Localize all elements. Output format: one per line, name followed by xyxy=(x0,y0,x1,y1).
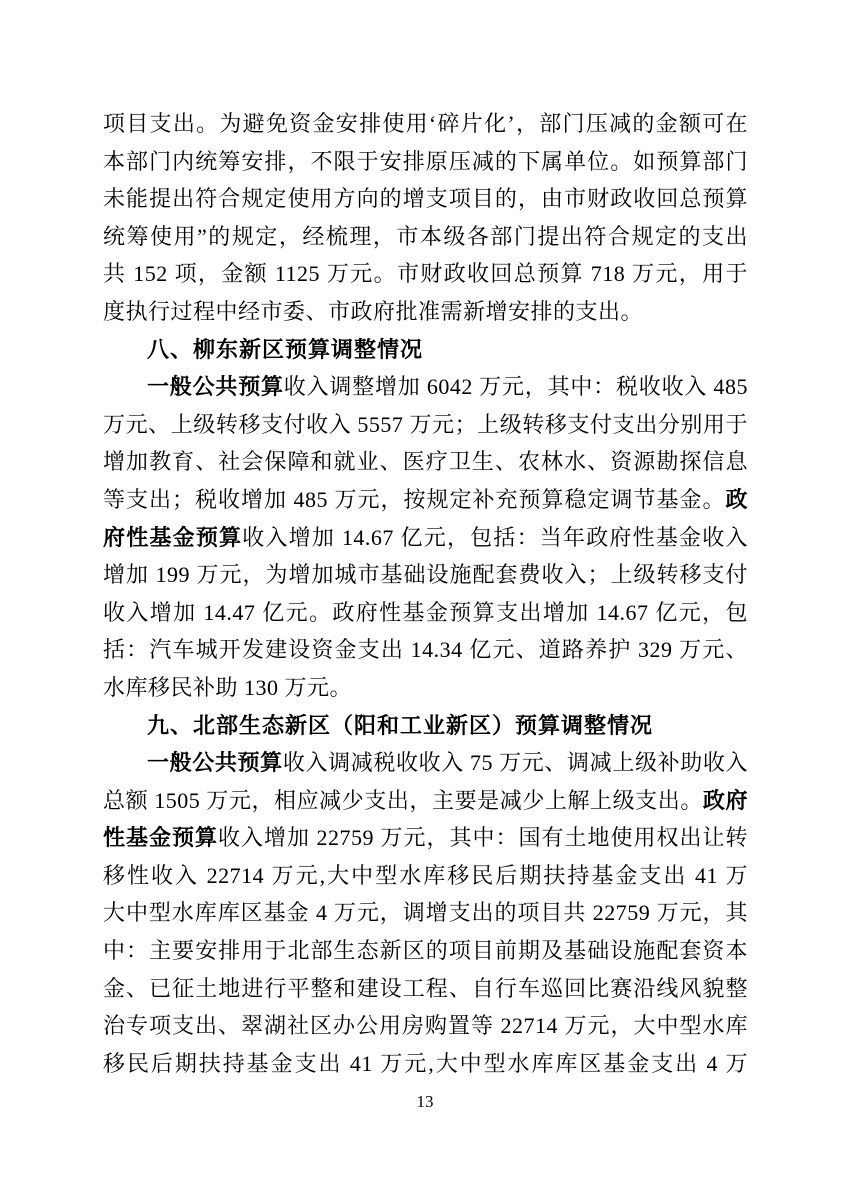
emphasized-text: 八、柳东新区预算调整情况 xyxy=(147,337,423,362)
body-text-line: 收入增加 14.47 亿元。政府性基金预算支出增加 14.67 亿元，包 xyxy=(103,594,748,632)
body-text-line: 移民后期扶持基金支出 41 万元,大中型水库库区基金支出 4 万元。 xyxy=(103,1045,748,1083)
emphasized-text: 九、北部生态新区（阳和工业新区）预算调整情况 xyxy=(147,713,653,738)
body-text: 移性收入 22714 万元,大中型水库移民后期扶持基金支出 41 万元， xyxy=(103,863,748,895)
body-text: 统筹使用”的规定，经梳理，市本级各部门提出符合规定的支出 xyxy=(103,224,748,249)
emphasized-text: 一般公共预算 xyxy=(147,750,283,775)
body-text: 度执行过程中经市委、市政府批准需新增安排的支出。 xyxy=(103,299,643,324)
body-text: 治专项支出、翠湖社区办公用房购置等 22714 万元，大中型水库 xyxy=(103,1013,748,1038)
document-body: 项目支出。为避免资金安排使用‘碎片化’，部门压减的金额可在本部门内统筹安排，不限… xyxy=(103,105,748,1082)
body-text: 增加 199 万元，为增加城市基础设施配套费收入；上级转移支付 xyxy=(103,562,748,587)
body-text-line: 增加教育、社会保障和就业、医疗卫生、农林水、资源勘探信息 xyxy=(103,443,748,481)
body-text-line: 共 152 项，金额 1125 万元。市财政收回总预算 718 万元，用于年 xyxy=(103,255,748,293)
body-text: 收入调整增加 6042 万元，其中：税收收入 485 xyxy=(284,374,748,399)
body-text-line: 金、已征土地进行平整和建设工程、自行车巡回比赛沿线风貌整 xyxy=(103,970,748,1008)
body-text: 收入增加 14.67 亿元，包括：当年政府性基金收入 xyxy=(242,525,748,550)
body-text-line: 度执行过程中经市委、市政府批准需新增安排的支出。 xyxy=(103,293,748,331)
body-text-line: 大中型水库库区基金 4 万元，调增支出的项目共 22759 万元，其 xyxy=(103,894,748,932)
body-text: 移民后期扶持基金支出 41 万元,大中型水库库区基金支出 4 万元。 xyxy=(103,1051,748,1083)
body-text: 括：汽车城开发建设资金支出 14.34 亿元、道路养护 329 万元、 xyxy=(103,637,748,662)
body-text-line: 中：主要安排用于北部生态新区的项目前期及基础设施配套资本 xyxy=(103,932,748,970)
body-text-line: 一般公共预算收入调整增加 6042 万元，其中：税收收入 485 xyxy=(103,368,748,406)
body-text-line: 移性收入 22714 万元,大中型水库移民后期扶持基金支出 41 万元， xyxy=(103,857,748,895)
page-number: 13 xyxy=(0,1092,850,1112)
body-text-line: 万元、上级转移支付收入 5557 万元；上级转移支付支出分别用于 xyxy=(103,406,748,444)
body-text: 总额 1505 万元，相应减少支出，主要是减少上解上级支出。 xyxy=(103,788,703,813)
section-heading: 九、北部生态新区（阳和工业新区）预算调整情况 xyxy=(103,707,748,745)
body-text: 本部门内统筹安排，不限于安排原压减的下属单位。如预算部门 xyxy=(103,149,748,174)
body-text-line: 项目支出。为避免资金安排使用‘碎片化’，部门压减的金额可在 xyxy=(103,105,748,143)
body-text-line: 等支出；税收增加 485 万元，按规定补充预算稳定调节基金。政 xyxy=(103,481,748,519)
body-text-line: 总额 1505 万元，相应减少支出，主要是减少上解上级支出。政府 xyxy=(103,782,748,820)
body-text-line: 未能提出符合规定使用方向的增支项目的，由市财政收回总预算 xyxy=(103,180,748,218)
body-text: 项目支出。为避免资金安排使用‘碎片化’，部门压减的金额可在 xyxy=(103,111,748,136)
section-heading: 八、柳东新区预算调整情况 xyxy=(103,331,748,369)
body-text: 未能提出符合规定使用方向的增支项目的，由市财政收回总预算 xyxy=(103,186,748,211)
body-text-line: 治专项支出、翠湖社区办公用房购置等 22714 万元，大中型水库 xyxy=(103,1007,748,1045)
body-text: 金、已征土地进行平整和建设工程、自行车巡回比赛沿线风貌整 xyxy=(103,976,748,1001)
body-text: 共 152 项，金额 1125 万元。市财政收回总预算 718 万元，用于年 xyxy=(103,261,748,293)
body-text: 收入增加 14.47 亿元。政府性基金预算支出增加 14.67 亿元，包 xyxy=(103,600,748,625)
body-text-line: 水库移民补助 130 万元。 xyxy=(103,669,748,707)
body-text-line: 统筹使用”的规定，经梳理，市本级各部门提出符合规定的支出 xyxy=(103,218,748,256)
body-text: 中：主要安排用于北部生态新区的项目前期及基础设施配套资本 xyxy=(103,938,748,963)
emphasized-text: 府性基金预算 xyxy=(103,525,242,550)
body-text: 收入调减税收收入 75 万元、调减上级补助收入 xyxy=(283,750,748,775)
body-text: 水库移民补助 130 万元。 xyxy=(103,675,352,700)
body-text-line: 增加 199 万元，为增加城市基础设施配套费收入；上级转移支付 xyxy=(103,556,748,594)
body-text-line: 府性基金预算收入增加 14.67 亿元，包括：当年政府性基金收入 xyxy=(103,519,748,557)
emphasized-text: 政府 xyxy=(703,788,748,813)
body-text-line: 括：汽车城开发建设资金支出 14.34 亿元、道路养护 329 万元、 xyxy=(103,631,748,669)
body-text: 万元、上级转移支付收入 5557 万元；上级转移支付支出分别用于 xyxy=(103,412,748,437)
document-page: 项目支出。为避免资金安排使用‘碎片化’，部门压减的金额可在本部门内统筹安排，不限… xyxy=(0,0,850,1201)
body-text-line: 一般公共预算收入调减税收收入 75 万元、调减上级补助收入 xyxy=(103,744,748,782)
emphasized-text: 一般公共预算 xyxy=(147,374,284,399)
emphasized-text: 政 xyxy=(725,487,748,512)
emphasized-text: 性基金预算 xyxy=(103,825,218,850)
body-text-line: 本部门内统筹安排，不限于安排原压减的下属单位。如预算部门 xyxy=(103,143,748,181)
body-text: 增加教育、社会保障和就业、医疗卫生、农林水、资源勘探信息 xyxy=(103,449,748,474)
body-text: 收入增加 22759 万元，其中：国有土地使用权出让转 xyxy=(218,825,748,850)
body-text: 大中型水库库区基金 4 万元，调增支出的项目共 22759 万元，其 xyxy=(103,900,748,925)
body-text: 等支出；税收增加 485 万元，按规定补充预算稳定调节基金。 xyxy=(103,487,725,512)
body-text-line: 性基金预算收入增加 22759 万元，其中：国有土地使用权出让转 xyxy=(103,819,748,857)
